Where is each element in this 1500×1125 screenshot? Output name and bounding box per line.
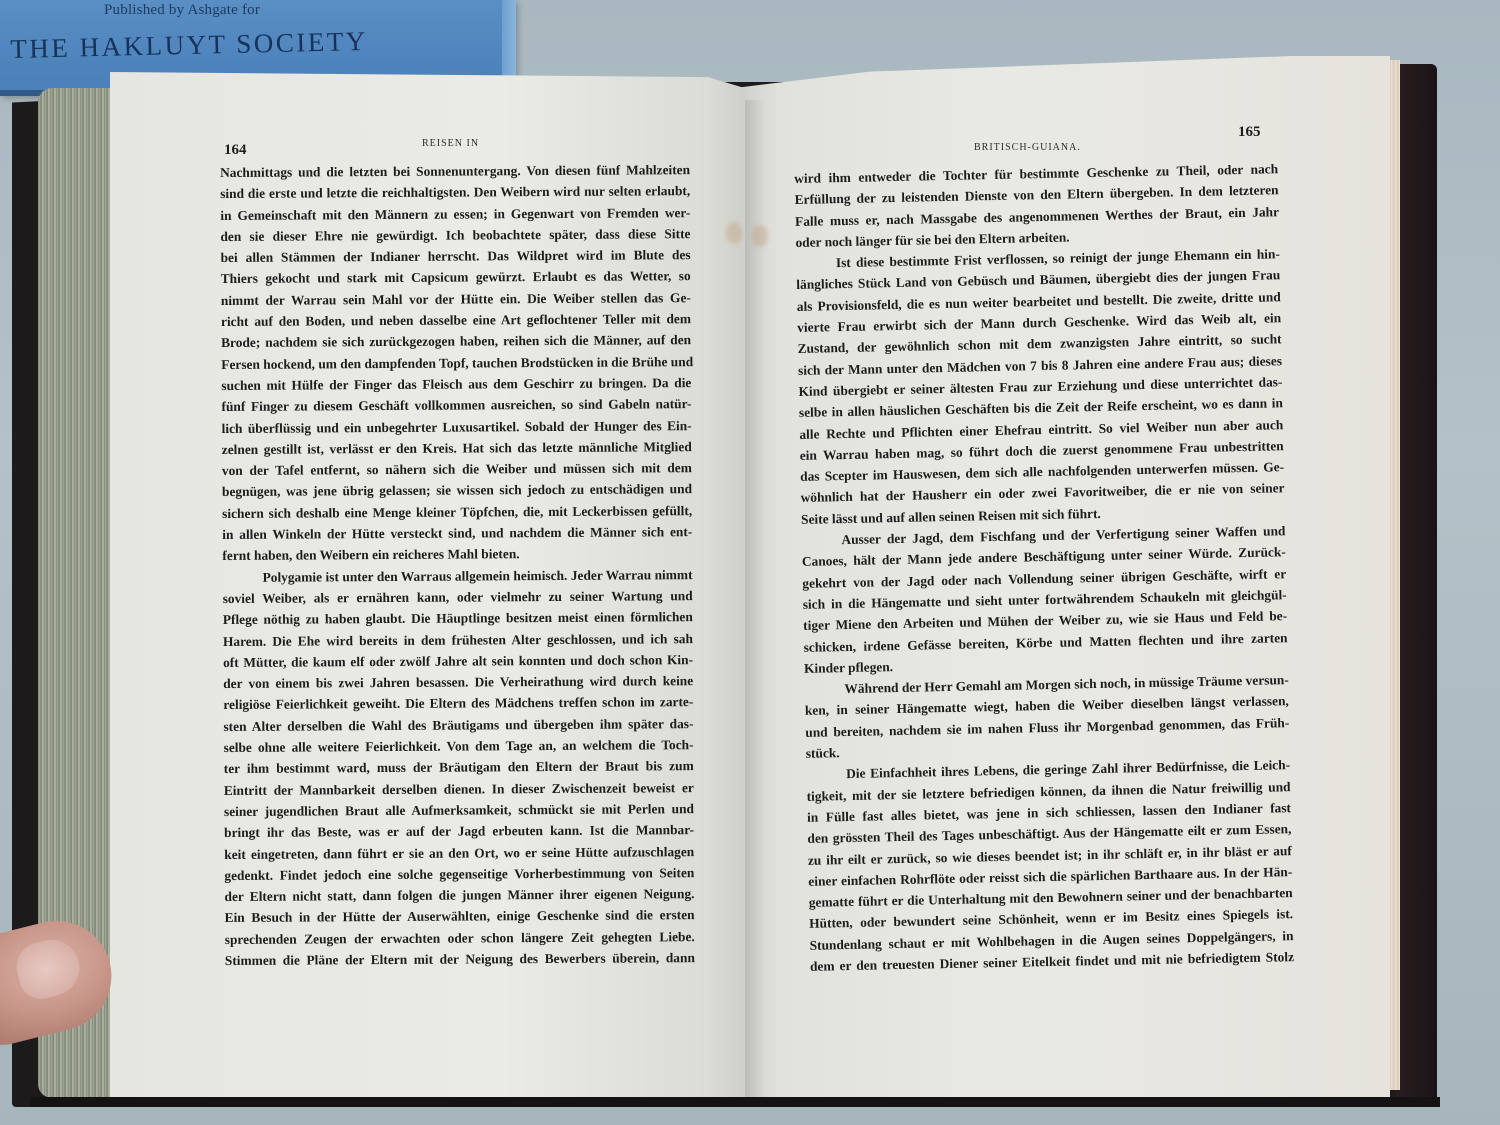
text-line: keit eingetreten, dann führt er sie an d… (224, 841, 694, 865)
left-page-text: Nachmittags und die letzten bei Sonnenun… (220, 159, 695, 971)
text-line: der von einem bis zwei Jahren besassen. … (223, 670, 693, 694)
text-line: Pflege nöthig zu haben glaubt. Die Häupt… (223, 606, 693, 630)
text-line: Brode; nachdem sie sich zurückgezogen ha… (221, 330, 691, 354)
text-line: oft Mütter, die kaum elf oder zwölf Jahr… (223, 649, 693, 673)
text-line: zelnen gestillt ist, verlässt er den Kre… (222, 436, 692, 460)
text-line: sten Alter derselben die Wahl des Bräuti… (223, 713, 693, 737)
text-line: Thiers gekocht und stark mit Capsicum ge… (221, 266, 691, 290)
foxing-stain (726, 222, 742, 244)
text-line: seiner jugendlichen Braut alle Aufmerksa… (224, 798, 694, 822)
text-line: nimmt der Warrau sein Mahl vor der Hütte… (221, 287, 691, 311)
text-line: von der Tafel entfernt, so nähern sich d… (222, 457, 692, 481)
left-page-number: 164 (224, 142, 247, 159)
left-running-head: REISEN IN (422, 138, 479, 149)
text-line: in Gemeinschaft mit den Männern zu essen… (220, 202, 690, 226)
text-line: Harem. Die Ehe wird bereits in dem frühe… (223, 628, 693, 652)
book-cover-right-edge (1395, 64, 1437, 1104)
text-line: Fersen hockend, um den dampfenden Topf, … (221, 351, 691, 375)
text-line: sichern sich deshalb eine Menge kleiner … (222, 500, 692, 524)
text-line: bei allen Stämmen der Indianer herrscht.… (221, 244, 691, 268)
text-line: gedenkt. Findet jedoch eine solche gegen… (224, 862, 694, 886)
text-line: suchen mit Hülfe der Finger das Fleisch … (221, 372, 691, 396)
book-bottom-edge (30, 1097, 1440, 1107)
text-line: Stimmen die Pläne der Eltern mit der Nei… (225, 947, 695, 971)
text-line: selbe ohne alle weitere Feierlichkeit. V… (224, 734, 694, 758)
text-line: soviel Weiber, als er ernähren kann, ode… (223, 585, 693, 609)
text-line: in allen Winkeln der Hütte versteckt sin… (222, 521, 692, 545)
foxing-stain (752, 225, 768, 247)
thumbnail-nail (12, 934, 86, 1003)
text-line: sind die erste und letzte die reichhalti… (220, 180, 690, 204)
text-line: Eintritt der Mannbarkeit derselben diene… (224, 777, 694, 801)
text-line: religiöse Feierlichkeit geweiht. Die Elt… (223, 692, 693, 716)
text-line: fernt haben, den Weibern ein reicheres M… (222, 542, 692, 566)
right-running-head: BRITISCH-GUIANA. (974, 142, 1081, 153)
text-line: Ein Besuch in der Hütte der Auserwählten… (225, 905, 695, 929)
text-line: Polygamie ist unter den Warraus allgemei… (222, 564, 692, 588)
right-page-number: 165 (1238, 124, 1261, 141)
text-line: ter ihm bestimmt ward, muss der Bräutiga… (224, 755, 694, 779)
society-title: THE HAKLUYT SOCIETY (10, 26, 368, 65)
gutter-shadow (745, 100, 765, 1100)
text-line: richt auf den Boden, und neben dasselbe … (221, 308, 691, 332)
text-line: den sie dieser Ehre nie gewürdigt. Ich b… (220, 223, 690, 247)
text-line: der Eltern nicht statt, dann folgen die … (224, 883, 694, 907)
text-line: fünf Finger zu diesem Geschäft vollkomme… (221, 393, 691, 417)
text-line: Nachmittags und die letzten bei Sonnenun… (220, 159, 690, 183)
text-line: lich überflüssig und ein unbegehrter Lux… (222, 415, 692, 439)
text-line: bringt ihr das Beste, was er auf der Jag… (224, 819, 694, 843)
publisher-line: Published by Ashgate for (104, 2, 260, 19)
right-page-text: wird ihm entweder die Tochter für bestim… (794, 158, 1294, 977)
text-line: begnügen, was jene übrig gelassen; sie w… (222, 479, 692, 503)
text-line: sprechenden Zeugen der erwachten oder sc… (225, 926, 695, 950)
